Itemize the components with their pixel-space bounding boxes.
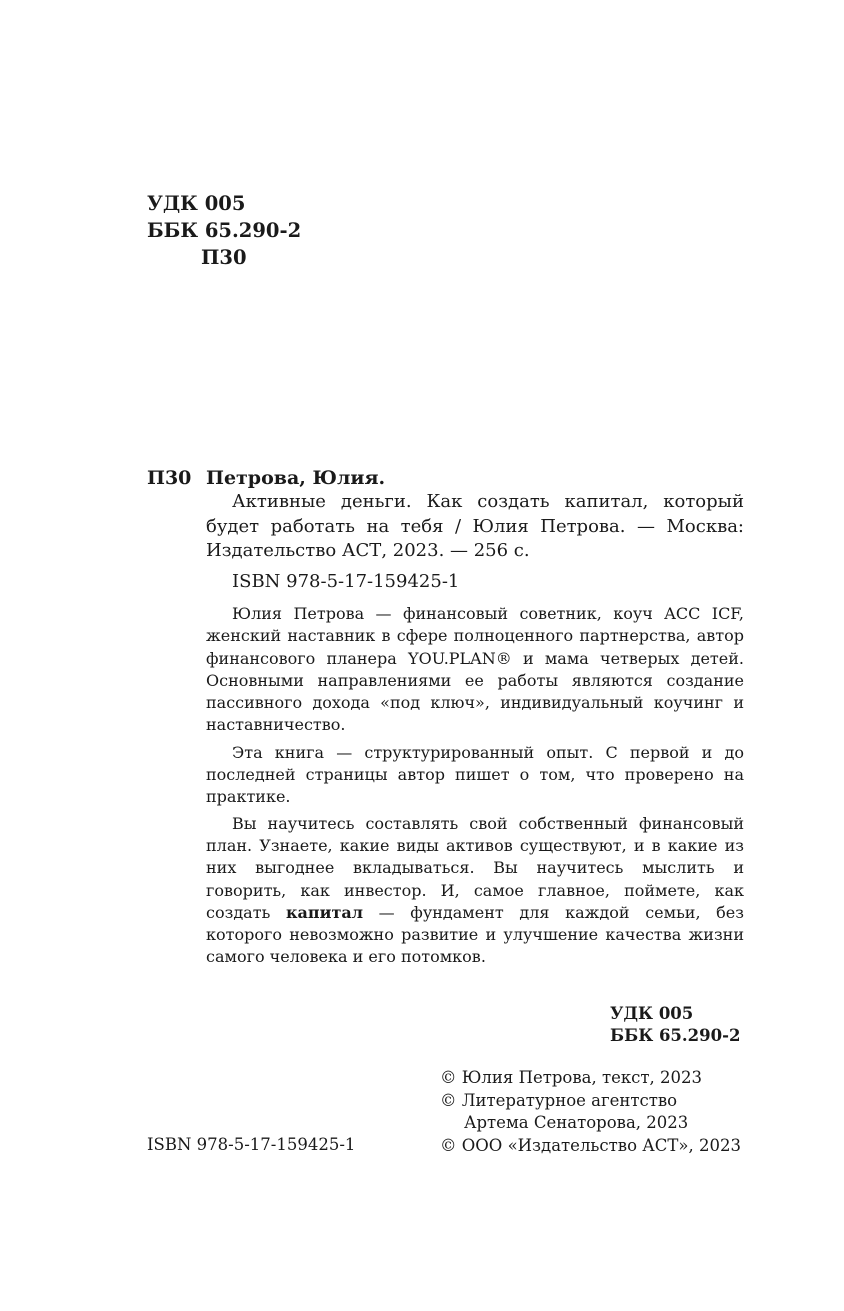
copyright-line: © ООО «Издательство АСТ», 2023 [440,1135,741,1158]
author-mark: П30 [147,244,301,271]
annotation-paragraph: Вы научитесь составлять свой собственный… [206,813,744,969]
entry-description: Активные деньги. Как создать капитал, ко… [206,490,744,564]
copyright-line: © Юлия Петрова, текст, 2023 [440,1067,741,1090]
annotation-paragraph: Юлия Петрова — финансовый советник, коуч… [206,603,744,737]
udk-code: УДК 005 [147,190,301,217]
copyright-notices: © Юлия Петрова, текст, 2023 © Литературн… [440,1067,741,1157]
bbk-code: ББК 65.290-2 [610,1025,740,1047]
copyright-line: Артема Сенаторова, 2023 [440,1112,741,1135]
copyright-line: © Литературное агентство [440,1090,741,1113]
entry-author: Петрова, Юлия. [206,467,385,489]
annotation: Юлия Петрова — финансовый советник, коуч… [206,603,744,974]
udk-code: УДК 005 [610,1003,740,1025]
top-classification-codes: УДК 005 ББК 65.290-2 П30 [147,190,301,271]
bbk-code: ББК 65.290-2 [147,217,301,244]
bottom-isbn: ISBN 978-5-17-159425-1 [147,1134,355,1157]
annotation-emphasis: капитал [286,903,363,922]
entry-author-mark: П30 [147,467,191,489]
bottom-classification-codes: УДК 005 ББК 65.290-2 [610,1003,740,1047]
annotation-paragraph: Эта книга — структурированный опыт. С пе… [206,742,744,809]
entry-isbn: ISBN 978-5-17-159425-1 [232,571,459,592]
